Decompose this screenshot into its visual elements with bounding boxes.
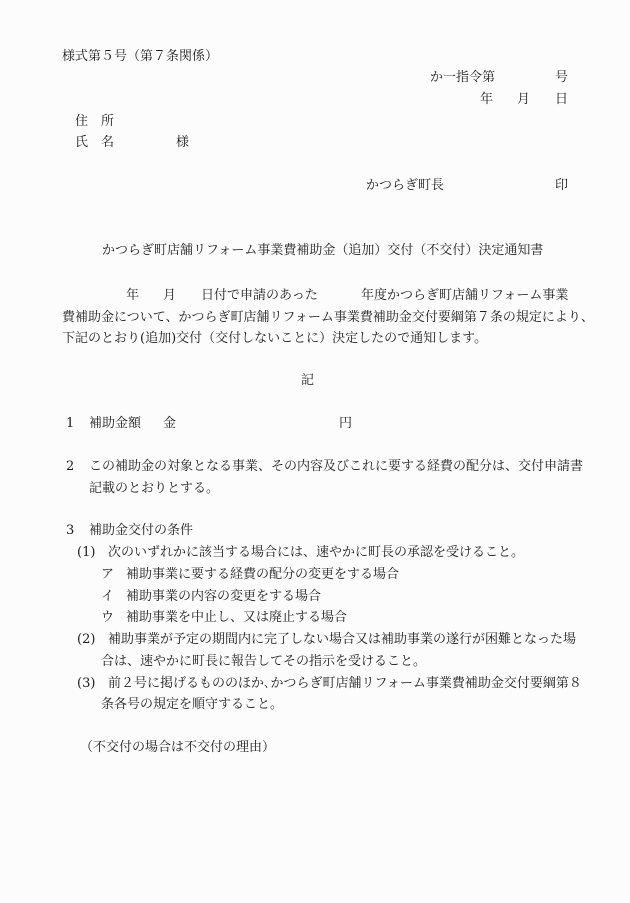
- ki-heading: 記: [301, 373, 314, 389]
- date-month-label: 月: [517, 92, 530, 108]
- item2-line2: 記載のとおりとする。: [89, 481, 219, 497]
- condition1-option-u-mark: ウ: [101, 610, 114, 626]
- name-label: 氏 名: [75, 135, 114, 151]
- date-year-label: 年: [480, 92, 493, 108]
- date-day-label: 日: [555, 92, 568, 108]
- condition1-option-a-text: 補助事業に要する経費の配分の変更をする場合: [126, 567, 399, 583]
- condition3-line2: 条各号の規定を順守すること。: [101, 697, 283, 713]
- condition1-option-a-mark: ア: [101, 567, 114, 583]
- condition2-line1: 補助事業が予定の期間内に完了しない場合又は補助事業の遂行が困難となった場: [108, 632, 576, 648]
- condition3-number: (3): [77, 676, 95, 692]
- document-title: かつらぎ町店舗リフォーム事業費補助金（追加）交付（不交付）決定通知書: [102, 243, 543, 259]
- body-line2: 費補助金について、かつらぎ町店舗リフォーム事業費補助金交付要綱第７条の規定により…: [62, 310, 594, 326]
- doc-number-prefix: か一指令第: [430, 70, 495, 86]
- item1-label: 補助金額: [89, 416, 141, 432]
- condition2-number: (2): [77, 632, 95, 648]
- item3-number: 3: [66, 523, 74, 539]
- honorific: 様: [176, 135, 189, 151]
- body-year-label: 年: [126, 288, 139, 304]
- condition1-number: (1): [77, 545, 95, 561]
- body-line3: 下記のとおり(追加)交付（交付しないことに）決定したので通知します。: [62, 331, 487, 347]
- item1-number: 1: [66, 416, 74, 432]
- address-label: 住 所: [75, 114, 114, 130]
- body-line1-text: 日付で申請のあった: [201, 288, 318, 304]
- condition3-line1: 前２号に掲げるもののほか､かつらぎ町店舗リフォーム事業費補助金交付要綱第８: [108, 676, 582, 692]
- item3-label: 補助金交付の条件: [89, 523, 193, 539]
- condition1-option-u-text: 補助事業を中止し、又は廃止する場合: [126, 610, 347, 626]
- form-label: 様式第５号（第７条関係）: [62, 49, 218, 65]
- item2-number: 2: [66, 459, 74, 475]
- body-line1-tail: 年度かつらぎ町店舗リフォーム事業: [361, 288, 568, 304]
- condition2-line2: 合は、速やかに町長に報告してその指示を受けること。: [101, 654, 426, 670]
- issuer-name: かつらぎ町長: [366, 178, 444, 194]
- doc-number-suffix: 号: [555, 70, 568, 86]
- item2-line1: この補助金の対象となる事業、その内容及びこれに要する経費の配分は、交付申請書: [89, 459, 583, 475]
- non-grant-reason-label: （不交付の場合は不交付の理由）: [80, 740, 275, 756]
- condition1-option-i-mark: イ: [101, 589, 114, 605]
- condition1-option-i-text: 補助事業の内容の変更をする場合: [126, 589, 321, 605]
- body-month-label: 月: [163, 288, 176, 304]
- condition1-text: 次のいずれかに該当する場合には、速やかに町長の承認を受けること。: [108, 545, 524, 561]
- item1-amount-prefix: 金: [163, 416, 176, 432]
- item1-amount-unit: 円: [339, 416, 352, 432]
- seal-mark: 印: [555, 178, 568, 194]
